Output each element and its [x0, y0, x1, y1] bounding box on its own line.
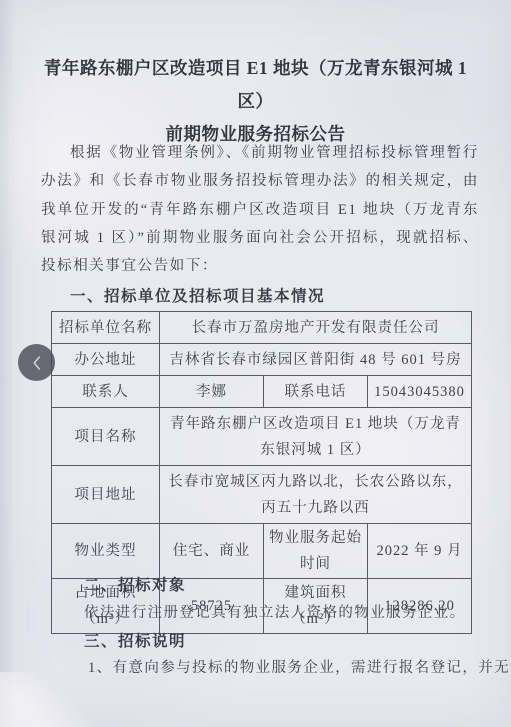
scanned-document-screen: { "doc": { "title_line1": "青年路东棚户区改造项目 E… — [0, 0, 511, 727]
cell-label: 联系人 — [52, 376, 160, 408]
section-2-heading: 二、招标对象 — [84, 573, 186, 595]
section-3-heading: 三、招标说明 — [84, 629, 186, 651]
table-row-project-name: 项目名称 青年路东棚户区改造项目 E1 地块（万龙青东银河城 1 区） — [52, 408, 472, 466]
cell-label: 联系电话 — [264, 376, 368, 408]
intro-paragraph: 根据《物业管理条例》、《前期物业管理招标投标管理暂行办法》和《长春市物业服务招投… — [41, 139, 479, 280]
cell-label: 物业服务起始时间 — [264, 524, 368, 579]
cell-label: 招标单位名称 — [52, 312, 160, 344]
cell-value: 李娜 — [160, 376, 264, 408]
section-2-body: 依法进行注册登记具有独立法人资格的物业服务企业。 — [84, 601, 466, 622]
document-title: 青年路东棚户区改造项目 E1 地块（万龙青东银河城 1 区） 前期物业服务招标公… — [30, 52, 481, 151]
document-page: 青年路东棚户区改造项目 E1 地块（万龙青东银河城 1 区） 前期物业服务招标公… — [0, 0, 511, 727]
chevron-left-icon — [26, 352, 48, 374]
table-row-property-type: 物业类型 住宅、商业 物业服务起始时间 2022 年 9 月 — [52, 524, 472, 579]
document-title-line1: 青年路东棚户区改造项目 E1 地块（万龙青东银河城 1 区） — [30, 52, 481, 118]
section-3-body: 1、有意向参与投标的物业服务企业，需进行报名登记，并无 — [88, 656, 510, 677]
cell-value: 15043045380 — [368, 376, 472, 408]
section-1-heading: 一、招标单位及招标项目基本情况 — [70, 284, 325, 306]
previous-page-button[interactable] — [18, 344, 55, 381]
cell-label: 物业类型 — [52, 524, 160, 579]
cell-label: 办公地址 — [52, 344, 160, 376]
cell-value: 住宅、商业 — [160, 524, 264, 579]
cell-value: 长春市万盈房地产开发有限责任公司 — [160, 312, 472, 344]
cell-label: 项目名称 — [52, 408, 160, 466]
cell-value: 长春市宽城区丙九路以北，长农公路以东，丙五十九路以西 — [160, 466, 472, 524]
table-row-project-address: 项目地址 长春市宽城区丙九路以北，长农公路以东，丙五十九路以西 — [52, 466, 472, 524]
table-row-contact: 联系人 李娜 联系电话 15043045380 — [52, 376, 472, 408]
table-row-unit-name: 招标单位名称 长春市万盈房地产开发有限责任公司 — [52, 312, 472, 344]
cell-value: 2022 年 9 月 — [368, 524, 472, 579]
cell-value: 吉林省长春市绿园区普阳街 48 号 601 号房 — [160, 344, 472, 376]
cell-label: 项目地址 — [52, 466, 160, 524]
cell-value: 青年路东棚户区改造项目 E1 地块（万龙青东银河城 1 区） — [160, 408, 472, 466]
table-row-office-address: 办公地址 吉林省长春市绿园区普阳街 48 号 601 号房 — [52, 344, 472, 376]
